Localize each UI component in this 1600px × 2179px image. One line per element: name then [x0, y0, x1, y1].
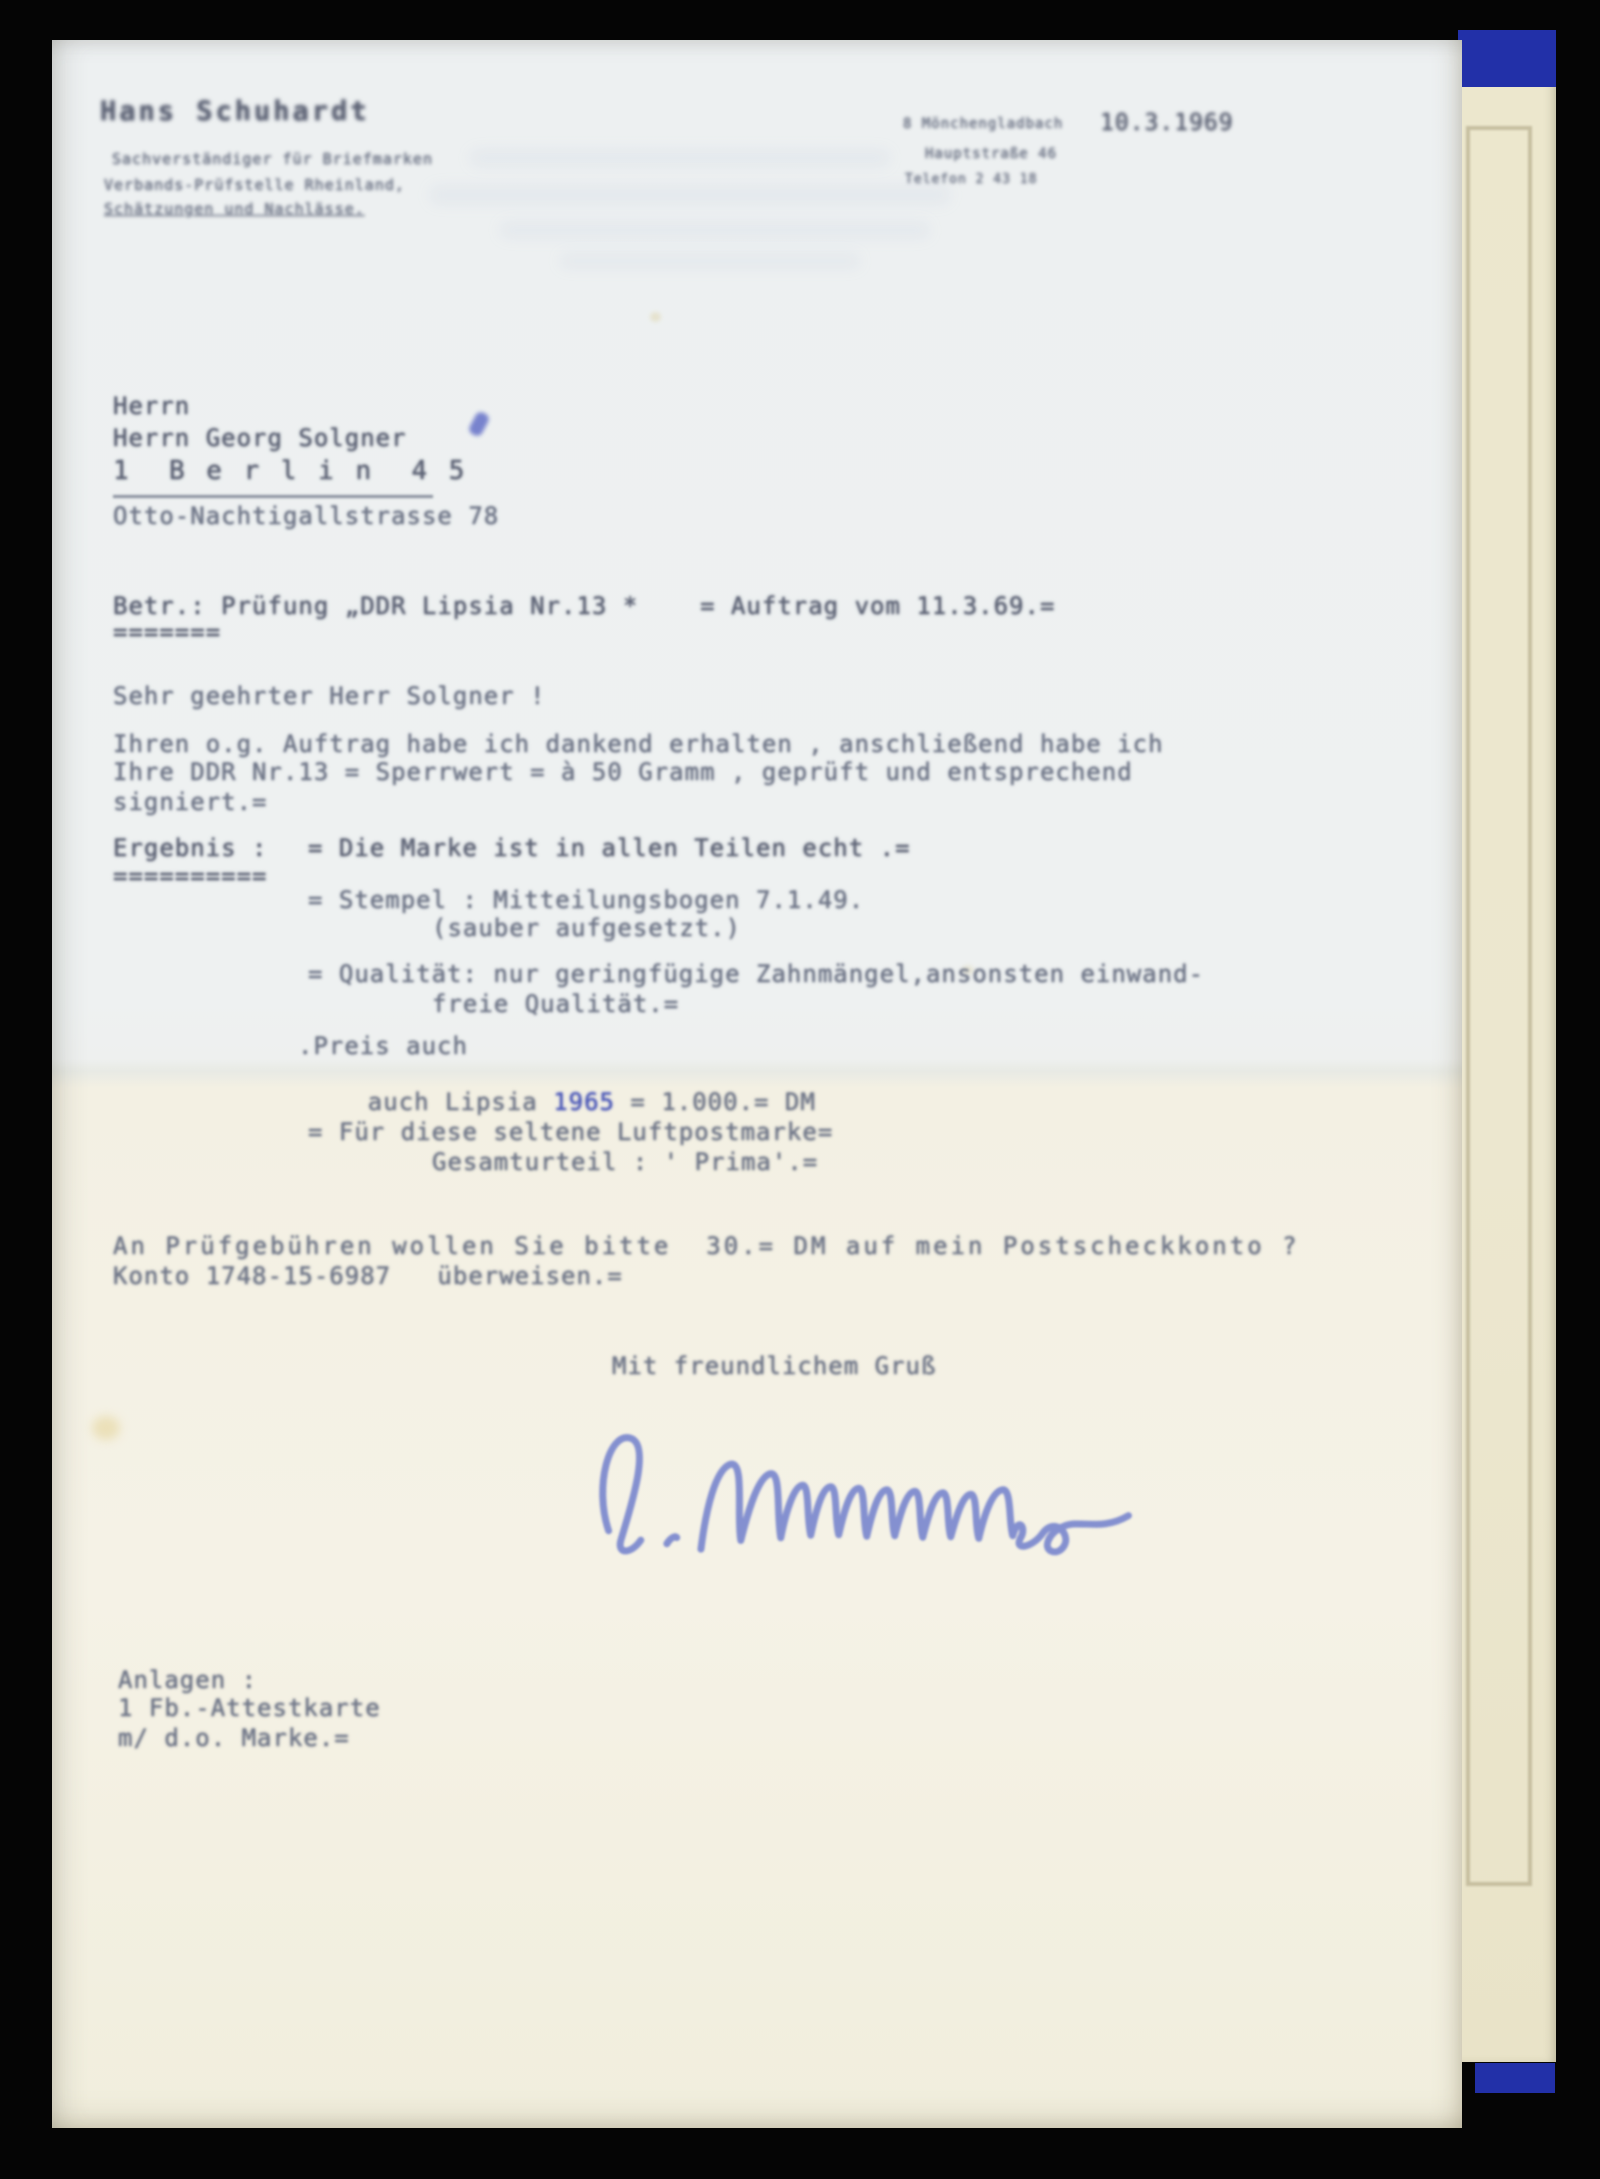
- sender-city: 8 Mönchengladbach: [903, 116, 1063, 132]
- result-line-3b: freie Qualität.=: [432, 990, 679, 1018]
- body-line: signiert.=: [113, 788, 268, 816]
- body-line: Ihren o.g. Auftrag habe ich dankend erha…: [113, 730, 1164, 758]
- result-line-5b: Gesamturteil : ' Prima'.=: [432, 1148, 818, 1176]
- binder-edge-top: [1458, 30, 1556, 87]
- sender-role-2: Verbands-Prüfstelle Rheinland,: [104, 176, 405, 194]
- payment-line-1: An Prüfgebühren wollen Sie bitte 30.= DM…: [113, 1232, 1300, 1260]
- second-sheet-frame-line: [1466, 126, 1532, 1886]
- pen-written-value: 1965: [553, 1088, 615, 1116]
- sender-role-3: Schätzungen und Nachlässe.: [104, 200, 365, 218]
- scanned-letter-page: Hans Schuhardt Sachverständiger für Brie…: [0, 0, 1600, 2179]
- recipient-line-3: 1 B e r l i n 4 5: [113, 456, 467, 486]
- enclosures-line-3: m/ d.o. Marke.=: [118, 1724, 350, 1752]
- bleed-through-mark: [500, 222, 930, 238]
- result-line-1: = Die Marke ist in allen Teilen echt .=: [308, 834, 911, 862]
- bleed-through-mark: [470, 150, 890, 166]
- result-line-4b-pre: auch Lipsia: [368, 1088, 553, 1116]
- result-line-2a: = Stempel : Mitteilungsbogen 7.1.49.: [308, 886, 864, 914]
- paper-stain: [92, 1416, 120, 1440]
- sender-name: Hans Schuhardt: [100, 96, 370, 127]
- handwritten-signature: [579, 1403, 1182, 1583]
- recipient-line-4: Otto-Nachtigallstrasse 78: [113, 502, 499, 530]
- bleed-through-mark: [560, 254, 860, 268]
- recipient-line-2: Herrn Georg Solgner: [113, 424, 407, 452]
- body-line: Ihre DDR Nr.13 = Sperrwert = à 50 Gramm …: [113, 758, 1133, 786]
- closing: Mit freundlichem Gruß: [612, 1352, 936, 1380]
- result-line-5a: = Für diese seltene Luftpostmarke=: [308, 1118, 833, 1146]
- letter-date: 10.3.1969: [1100, 110, 1234, 136]
- result-line-3a: = Qualität: nur geringfügige Zahnmängel,…: [308, 960, 1204, 988]
- binder-edge-bottom: [1475, 2063, 1555, 2093]
- enclosures-label: Anlagen :: [118, 1666, 257, 1694]
- enclosures-line-2: 1 Fb.-Attestkarte: [118, 1694, 381, 1722]
- result-label-underline: ==========: [113, 862, 268, 890]
- sender-phone: Telefon 2 43 18: [905, 172, 1037, 187]
- bleed-through-mark: [430, 186, 950, 204]
- result-line-4a: .Preis auch: [298, 1032, 468, 1060]
- paper-speck: [650, 312, 661, 322]
- recipient-line-1: Herrn: [113, 392, 190, 420]
- sender-street: Hauptstraße 46: [925, 146, 1057, 162]
- result-line-2b: (sauber aufgesetzt.): [432, 914, 741, 942]
- salutation: Sehr geehrter Herr Solgner !: [113, 682, 546, 710]
- strike-line: [113, 495, 433, 498]
- subject-line: Betr.: Prüfung „DDR Lipsia Nr.13 * = Auf…: [113, 592, 1055, 620]
- result-line-4b-post: = 1.000.= DM: [615, 1088, 816, 1116]
- sender-role-1: Sachverständiger für Briefmarken: [112, 150, 433, 168]
- subject-underline: =======: [113, 618, 221, 646]
- result-label: Ergebnis :: [113, 834, 268, 862]
- payment-line-2: Konto 1748-15-6987 überweisen.=: [113, 1262, 623, 1290]
